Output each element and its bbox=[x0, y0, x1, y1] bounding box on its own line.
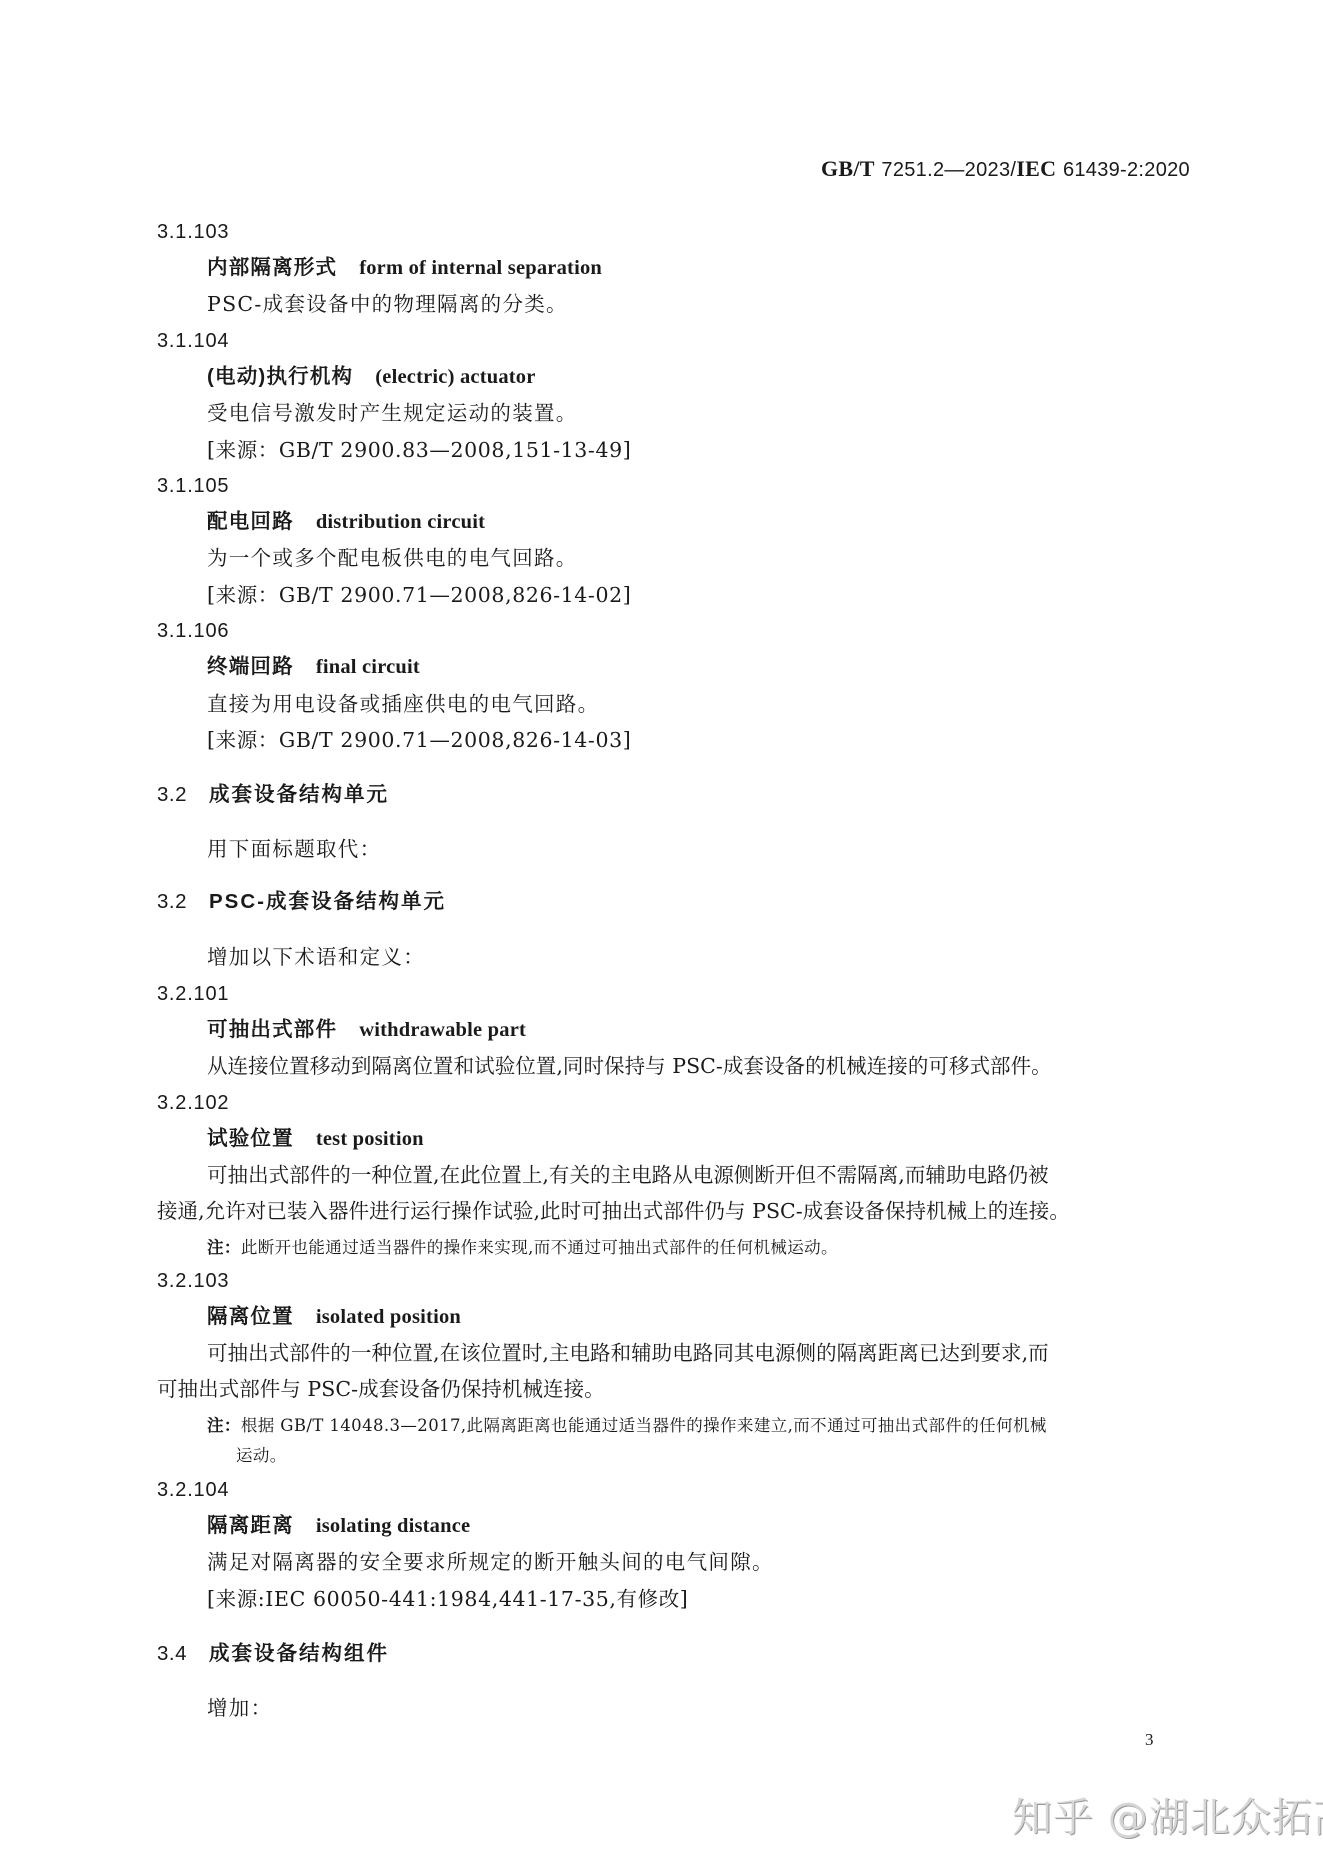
term-number: 3.1.106 bbox=[157, 617, 229, 645]
term-number: 3.2.103 bbox=[157, 1267, 229, 1295]
term-heading: 试验位置test position bbox=[207, 1125, 424, 1153]
term-source: [来源：GB/T 2900.83—2008,151-13-49] bbox=[207, 436, 631, 464]
standard-prefix: GB/T bbox=[821, 156, 875, 181]
document-page: GB/T 7251.2—2023/IEC 61439-2:2020 3.1.10… bbox=[0, 0, 1323, 1871]
term-heading: 隔离位置isolated position bbox=[207, 1303, 461, 1331]
term-note: 注：根据 GB/T 14048.3—2017,此隔离距离也能通过适当器件的操作来… bbox=[207, 1412, 1047, 1440]
term-note: 注：此断开也能通过适当器件的操作来实现,而不通过可抽出式部件的任何机械运动。 bbox=[207, 1234, 838, 1262]
note-text: 此断开也能通过适当器件的操作来实现,而不通过可抽出式部件的任何机械运动。 bbox=[241, 1238, 838, 1257]
term-heading: (电动)执行机构(electric) actuator bbox=[207, 363, 536, 391]
term-en: distribution circuit bbox=[316, 511, 485, 533]
section-heading: 3.2成套设备结构单元 bbox=[157, 781, 389, 809]
term-source: [来源：GB/T 2900.71—2008,826-14-03] bbox=[207, 726, 631, 754]
section-number: 3.4 bbox=[157, 1640, 209, 1668]
term-heading: 终端回路final circuit bbox=[207, 653, 420, 681]
section-title: PSC-成套设备结构单元 bbox=[209, 890, 446, 913]
note-text: 根据 GB/T 14048.3—2017,此隔离距离也能通过适当器件的操作来建立… bbox=[241, 1416, 1047, 1435]
term-en: test position bbox=[316, 1128, 424, 1150]
term-heading: 隔离距离isolating distance bbox=[207, 1512, 470, 1540]
term-source: [来源：GB/T 2900.71—2008,826-14-02] bbox=[207, 581, 631, 609]
section-instruction: 增加以下术语和定义： bbox=[207, 943, 425, 971]
term-cn: 终端回路 bbox=[207, 655, 294, 678]
section-number: 3.2 bbox=[157, 888, 209, 916]
section-heading: 3.2PSC-成套设备结构单元 bbox=[157, 888, 446, 916]
note-label: 注： bbox=[207, 1417, 241, 1435]
term-definition: 受电信号激发时产生规定运动的装置。 bbox=[207, 399, 578, 427]
term-definition: 为一个或多个配电板供电的电气回路。 bbox=[207, 544, 578, 572]
term-number: 3.2.104 bbox=[157, 1476, 229, 1504]
note-label: 注： bbox=[207, 1239, 241, 1257]
iec-number: 61439-2:2020 bbox=[1063, 159, 1190, 181]
section-number: 3.2 bbox=[157, 781, 209, 809]
term-definition-line: 接通,允许对已装入器件进行运行操作试验,此时可抽出式部件仍与 PSC-成套设备保… bbox=[157, 1197, 1070, 1225]
section-instruction: 增加： bbox=[207, 1694, 272, 1722]
section-title: 成套设备结构单元 bbox=[209, 783, 389, 806]
term-definition-line: 可抽出式部件的一种位置,在此位置上,有关的主电路从电源侧断开但不需隔离,而辅助电… bbox=[207, 1161, 1049, 1189]
term-number: 3.2.102 bbox=[157, 1089, 229, 1117]
term-cn: 试验位置 bbox=[207, 1127, 294, 1150]
watermark: 知乎 @湖北众拓高试 bbox=[1012, 1786, 1323, 1843]
page-number: 3 bbox=[1145, 1730, 1154, 1750]
term-definition: PSC-成套设备中的物理隔离的分类。 bbox=[207, 290, 568, 318]
term-number: 3.1.105 bbox=[157, 472, 229, 500]
term-en: isolated position bbox=[316, 1306, 461, 1328]
term-en: final circuit bbox=[316, 656, 420, 678]
term-cn: 配电回路 bbox=[207, 510, 294, 533]
term-cn: 隔离距离 bbox=[207, 1514, 294, 1537]
term-number: 3.2.101 bbox=[157, 980, 229, 1008]
term-heading: 配电回路distribution circuit bbox=[207, 508, 485, 536]
term-definition-line: 可抽出式部件的一种位置,在该位置时,主电路和辅助电路同其电源侧的隔离距离已达到要… bbox=[207, 1339, 1049, 1367]
term-cn: 隔离位置 bbox=[207, 1305, 294, 1328]
term-definition: 从连接位置移动到隔离位置和试验位置,同时保持与 PSC-成套设备的机械连接的可移… bbox=[207, 1052, 1052, 1080]
term-heading: 内部隔离形式form of internal separation bbox=[207, 254, 602, 282]
term-definition: 满足对隔离器的安全要求所规定的断开触头间的电气间隙。 bbox=[207, 1548, 774, 1576]
term-number: 3.1.103 bbox=[157, 218, 229, 246]
term-heading: 可抽出式部件withdrawable part bbox=[207, 1016, 526, 1044]
term-number: 3.1.104 bbox=[157, 327, 229, 355]
term-source: [来源:IEC 60050-441:1984,441-17-35,有修改] bbox=[207, 1585, 688, 1613]
term-definition: 直接为用电设备或插座供电的电气回路。 bbox=[207, 690, 599, 718]
section-instruction: 用下面标题取代： bbox=[207, 835, 381, 863]
iec-prefix: IEC bbox=[1016, 156, 1056, 181]
term-cn: 内部隔离形式 bbox=[207, 256, 337, 279]
section-title: 成套设备结构组件 bbox=[209, 1642, 389, 1665]
standard-header: GB/T 7251.2—2023/IEC 61439-2:2020 bbox=[821, 156, 1190, 182]
term-cn: 可抽出式部件 bbox=[207, 1018, 337, 1041]
term-cn: (电动)执行机构 bbox=[207, 365, 353, 388]
term-en: withdrawable part bbox=[359, 1019, 526, 1041]
term-definition-line: 可抽出式部件与 PSC-成套设备仍保持机械连接。 bbox=[157, 1375, 605, 1403]
term-en: isolating distance bbox=[316, 1515, 471, 1537]
term-en: form of internal separation bbox=[359, 257, 602, 279]
standard-number: 7251.2—2023/ bbox=[881, 159, 1016, 181]
section-heading: 3.4成套设备结构组件 bbox=[157, 1640, 389, 1668]
term-en: (electric) actuator bbox=[375, 366, 535, 388]
term-note-continuation: 运动。 bbox=[236, 1442, 287, 1470]
